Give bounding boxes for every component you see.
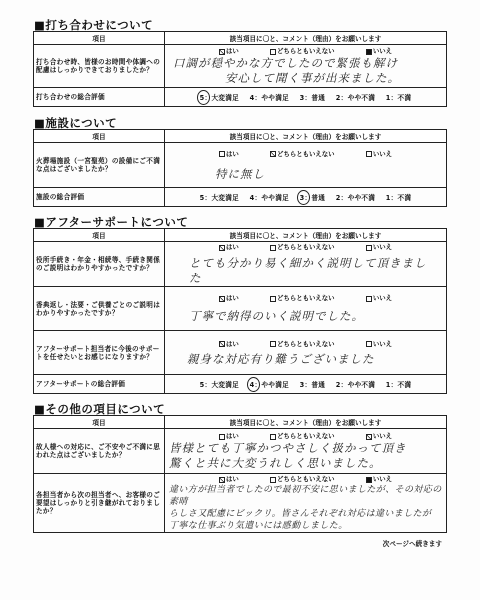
overall-rating[interactable]: 5：大変満足 4：やや満足 3：普通 2：やや不満 1：不満 (165, 375, 447, 394)
rating-2[interactable]: 2：やや不満 (336, 94, 375, 102)
checkbox[interactable] (366, 151, 372, 157)
question-text: 故人様への対応に、ご不安やご不満に思われた点はございましたか？ (34, 429, 165, 474)
checkbox-checked[interactable] (219, 245, 225, 251)
facility-table: 項目 該当項目に〇と、コメント（理由）をお願いします 火葬場施設（一宮聖苑）の設… (33, 129, 447, 207)
question-text: 各担当者から次の担当者へ、お客様のご要望はしっかりと引き継がれておりましたか？ (34, 474, 165, 533)
rating-1[interactable]: 1：不満 (386, 194, 412, 202)
rating-5[interactable]: 5：大変満足 (200, 194, 239, 202)
answer-options: はい どちらともいえない いいえ (165, 242, 446, 252)
option-yes[interactable]: はい (219, 475, 239, 484)
checkbox-filled[interactable] (366, 49, 372, 55)
rating-3[interactable]: 3：普通 (300, 94, 326, 102)
answer-cell: はい どちらともいえない いいえ 口調が穏やかな方でしたので緊張も解け 安心して… (165, 45, 447, 88)
checkbox-checked[interactable] (366, 434, 372, 440)
answer-options: はい どちらともいえない いいえ (165, 149, 446, 159)
option-no[interactable]: いいえ (366, 432, 392, 441)
column-header-instruction: 該当項目に〇と、コメント（理由）をお願いします (165, 416, 447, 429)
overall-label: 施設の総合評価 (34, 188, 165, 207)
column-header-item: 項目 (34, 130, 165, 143)
option-yes[interactable]: はい (219, 150, 239, 159)
other-table: 項目 該当項目に〇と、コメント（理由）をお願いします 故人様への対応に、ご不安や… (33, 415, 447, 533)
option-no[interactable]: いいえ (366, 294, 392, 303)
option-neutral[interactable]: どちらともいえない (270, 243, 335, 252)
handwritten-comment-line: らしさ又配慮にビックリ。皆さんそれぞれ対応は違いましたが (165, 508, 446, 520)
checkbox-checked[interactable] (219, 49, 225, 55)
option-neutral[interactable]: どちらともいえない (270, 294, 335, 303)
overall-label: 打ち合わせの総合評価 (34, 88, 165, 107)
answer-cell: はい どちらともいえない いいえ とても分かり易く細かく説明して頂きました (165, 242, 447, 287)
overall-label: アフターサポートの総合評価 (34, 375, 165, 394)
overall-rating[interactable]: 5：大変満足 4：やや満足 3：普通 2：やや不満 1：不満 (165, 88, 447, 107)
question-text: アフターサポート担当者に今後のサポートを任せたいとお感じになりますか？ (34, 331, 165, 375)
rating-4[interactable]: 4：やや満足 (250, 94, 289, 102)
answer-options: はい どちらともいえない いいえ (165, 46, 446, 56)
option-no[interactable]: いいえ (366, 47, 392, 56)
checkbox[interactable] (270, 296, 276, 302)
rating-2[interactable]: 2：やや不満 (336, 381, 375, 389)
checkbox-checked[interactable] (270, 151, 276, 157)
rating-3-selected[interactable]: 3：普通 (300, 194, 326, 202)
after-support-table: 項目 該当項目に〇と、コメント（理由）をお願いします 役所手続き・年金・相続等、… (33, 228, 447, 394)
handwritten-comment-line: 丁寧で納得のいく説明でした。 (165, 303, 446, 324)
option-yes[interactable]: はい (219, 340, 239, 349)
rating-4[interactable]: 4：やや満足 (250, 194, 289, 202)
question-text: 火葬場施設（一宮聖苑）の設備にご不満な点はございましたか？ (34, 143, 165, 188)
option-no[interactable]: いいえ (366, 475, 392, 484)
column-header-instruction: 該当項目に〇と、コメント（理由）をお願いします (165, 130, 447, 143)
checkbox[interactable] (270, 49, 276, 55)
handwritten-comment-line: 驚くと共に大変うれしく思いました。 (165, 456, 446, 471)
option-no[interactable]: いいえ (366, 150, 392, 159)
answer-options: はい どちらともいえない いいえ (165, 339, 446, 349)
question-text: 打ち合わせ時、皆様のお時間や体調への配慮はしっかりできておりましたか？ (34, 45, 165, 88)
checkbox-checked[interactable] (219, 296, 225, 302)
checkbox-checked[interactable] (219, 341, 225, 347)
checkbox[interactable] (270, 477, 276, 483)
answer-cell: はい どちらともいえない いいえ 親身な対応有り難うございました (165, 331, 447, 375)
column-header-item: 項目 (34, 32, 165, 45)
answer-options: はい どちらともいえない いいえ (165, 293, 446, 303)
checkbox[interactable] (366, 341, 372, 347)
handwritten-comment-line: 丁寧な仕事ぶり気遣いには感動しました。 (165, 520, 446, 532)
checkbox-filled[interactable] (366, 477, 372, 483)
handwritten-comment-line: 皆様とても丁寧かつやさしく扱かって頂き (165, 441, 446, 456)
option-neutral[interactable]: どちらともいえない (270, 340, 335, 349)
rating-1[interactable]: 1：不満 (386, 381, 412, 389)
handwritten-comment-line: 親身な対応有り難うございました (165, 349, 446, 367)
checkbox[interactable] (270, 341, 276, 347)
option-neutral[interactable]: どちらともいえない (270, 150, 335, 159)
handwritten-comment-line: とても分かり易く細かく説明して頂きました (165, 252, 446, 286)
option-neutral[interactable]: どちらともいえない (270, 47, 335, 56)
column-header-instruction: 該当項目に〇と、コメント（理由）をお願いします (165, 32, 447, 45)
rating-5[interactable]: 5：大変満足 (200, 381, 239, 389)
rating-5-selected[interactable]: 5：大変満足 (200, 94, 239, 102)
answer-cell: はい どちらともいえない いいえ 違い方が担当者でしたので最初不安に思いましたが… (165, 474, 447, 533)
checkbox[interactable] (219, 434, 225, 440)
question-text: 役所手続き・年金・相続等、手続き関係のご説明はわかりやすかったですか？ (34, 242, 165, 287)
column-header-item: 項目 (34, 416, 165, 429)
rating-1[interactable]: 1：不満 (386, 94, 412, 102)
answer-cell: はい どちらともいえない いいえ 皆様とても丁寧かつやさしく扱かって頂き 驚くと… (165, 429, 447, 474)
column-header-instruction: 該当項目に〇と、コメント（理由）をお願いします (165, 229, 447, 242)
rating-4-selected[interactable]: 4：やや満足 (250, 381, 289, 389)
checkbox[interactable] (366, 245, 372, 251)
checkbox[interactable] (219, 151, 225, 157)
rating-3[interactable]: 3：普通 (300, 381, 326, 389)
answer-options: はい どちらともいえない いいえ (165, 431, 446, 441)
handwritten-comment-line: 安心して聞く事が出来ました。 (165, 71, 446, 86)
rating-2[interactable]: 2：やや不満 (336, 194, 375, 202)
option-neutral[interactable]: どちらともいえない (270, 475, 335, 484)
meeting-table: 項目 該当項目に〇と、コメント（理由）をお願いします 打ち合わせ時、皆様のお時間… (33, 31, 447, 107)
option-neutral[interactable]: どちらともいえない (270, 432, 335, 441)
handwritten-comment-line: 違い方が担当者でしたので最初不安に思いましたが、その対応の素晴 (165, 484, 446, 508)
checkbox[interactable] (270, 245, 276, 251)
overall-rating[interactable]: 5：大変満足 4：やや満足 3：普通 2：やや不満 1：不満 (165, 188, 447, 207)
checkbox[interactable] (270, 434, 276, 440)
question-text: 香典返し・法要・ご供養ごとのご説明はわかりやすかったですか？ (34, 287, 165, 331)
answer-cell: はい どちらともいえない いいえ 丁寧で納得のいく説明でした。 (165, 287, 447, 331)
option-no[interactable]: いいえ (366, 243, 392, 252)
option-yes[interactable]: はい (219, 47, 239, 56)
column-header-item: 項目 (34, 229, 165, 242)
option-yes[interactable]: はい (219, 294, 239, 303)
checkbox-checked[interactable] (219, 477, 225, 483)
answer-cell: はい どちらともいえない いいえ 特に無し (165, 143, 447, 188)
option-yes[interactable]: はい (219, 432, 239, 441)
option-no[interactable]: いいえ (366, 340, 392, 349)
answer-options: はい どちらともいえない いいえ (165, 474, 446, 484)
handwritten-comment-line: 特に無し (165, 159, 446, 182)
continued-next-page-note: 次ページへ続きます (383, 538, 442, 548)
handwritten-comment-line: 口調が穏やかな方でしたので緊張も解け (165, 56, 446, 71)
checkbox[interactable] (366, 296, 372, 302)
option-yes[interactable]: はい (219, 243, 239, 252)
